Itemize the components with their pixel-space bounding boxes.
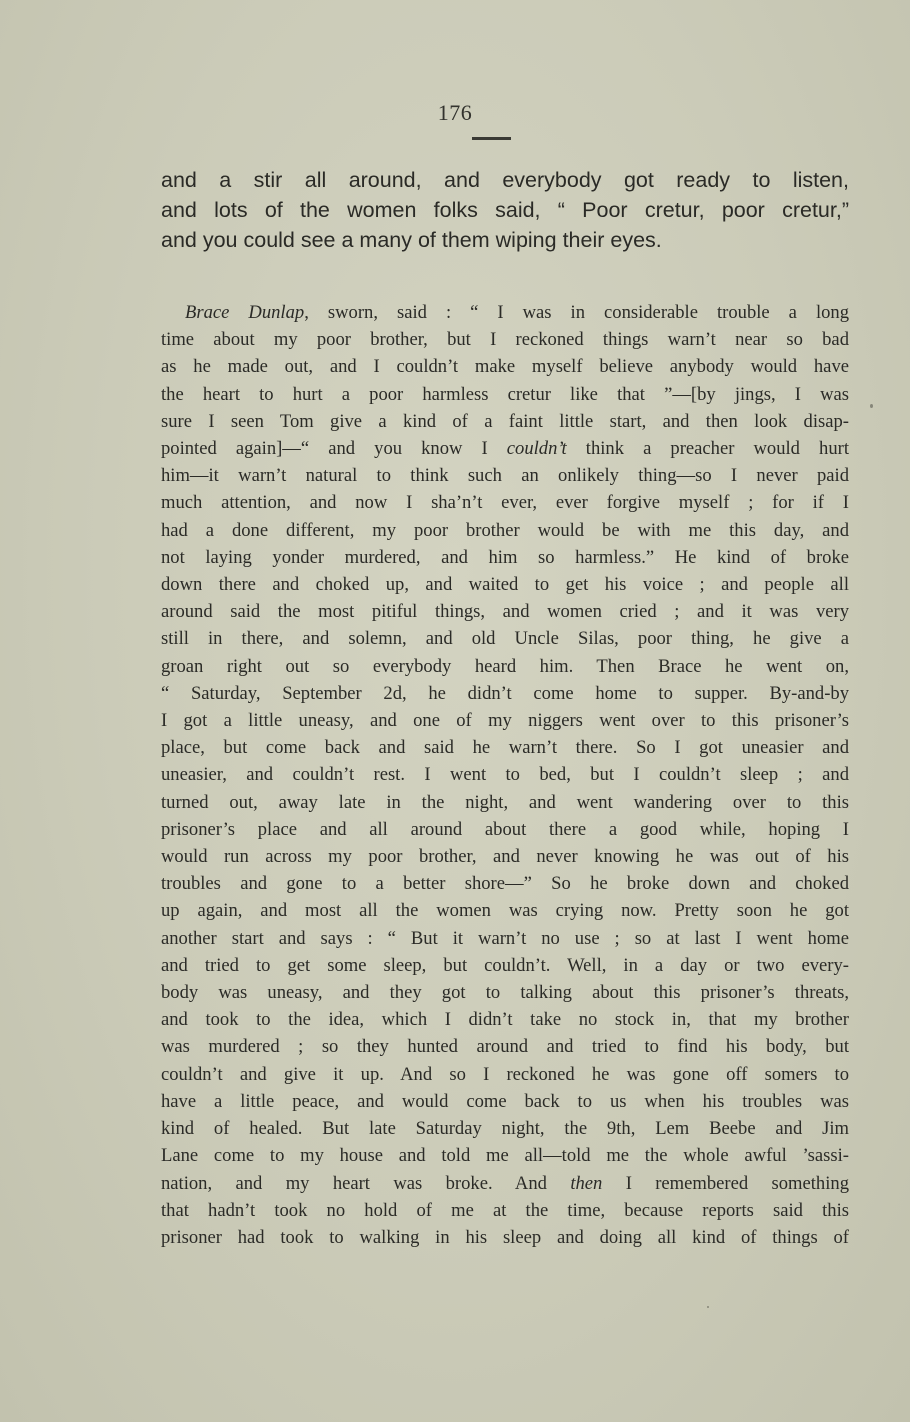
text-line: place, but come back and said he warn’t … [161, 734, 849, 761]
book-page: 176 and a stir all around, and everybody… [0, 0, 910, 1422]
text-line: sure I seen Tom give a kind of a faint l… [161, 408, 849, 435]
text-segment: nation, and my heart was broke. And [161, 1173, 570, 1194]
text-line: not laying yonder murdered, and him so h… [161, 544, 849, 571]
text-line: Lane come to my house and told me all—to… [161, 1142, 849, 1169]
text-line: groan right out so everybody heard him. … [161, 653, 849, 680]
text-line: would run across my poor brother, and ne… [161, 843, 849, 870]
text-line: nation, and my heart was broke. And then… [161, 1170, 849, 1197]
text-segment: I remembered something [602, 1173, 849, 1194]
text-line: time about my poor brother, but I reckon… [161, 326, 849, 353]
text-line: Brace Dunlap, sworn, said : “ I was in c… [161, 299, 849, 326]
text-line: much attention, and now I sha’n’t ever, … [161, 489, 849, 516]
text-line: have a little peace, and would come back… [161, 1088, 849, 1115]
text-line: still in there, and solemn, and old Uncl… [161, 625, 849, 652]
text-line: and a stir all around, and everybody got… [161, 165, 849, 195]
text-line: had a done different, my poor brother wo… [161, 517, 849, 544]
text-line: up again, and most all the women was cry… [161, 897, 849, 924]
text-line: uneasier, and couldn’t rest. I went to b… [161, 761, 849, 788]
speaker-name: Brace Dunlap [185, 302, 304, 323]
text-line: and tried to get some sleep, but couldn’… [161, 952, 849, 979]
scan-speck [707, 1306, 709, 1308]
emphasized-word: couldn’t [507, 438, 567, 459]
text-line: was murdered ; so they hunted around and… [161, 1033, 849, 1060]
emphasized-word: then [570, 1173, 602, 1194]
lead-paragraph: and a stir all around, and everybody got… [161, 165, 849, 255]
text-line: and took to the idea, which I didn’t tak… [161, 1006, 849, 1033]
text-segment: think a preacher would hurt [567, 438, 849, 459]
text-line: another start and says : “ But it warn’t… [161, 925, 849, 952]
text-line: prisoner had took to walking in his slee… [161, 1224, 849, 1251]
text-line: troubles and gone to a better shore—” So… [161, 870, 849, 897]
page-number: 176 [0, 100, 910, 126]
text-line: that hadn’t took no hold of me at the ti… [161, 1197, 849, 1224]
text-line: couldn’t and give it up. And so I reckon… [161, 1061, 849, 1088]
text-line: and lots of the women folks said, “ Poor… [161, 195, 849, 225]
speaker-suffix: , sworn, said : “ I was in considerable … [304, 302, 849, 323]
text-line: I got a little uneasy, and one of my nig… [161, 707, 849, 734]
text-line: prisoner’s place and all around about th… [161, 816, 849, 843]
text-line: pointed again]—“ and you know I couldn’t… [161, 435, 849, 462]
text-line: down there and choked up, and waited to … [161, 571, 849, 598]
text-line: as he made out, and I couldn’t make myse… [161, 353, 849, 380]
text-line: him—it warn’t natural to think such an o… [161, 462, 849, 489]
text-line: body was uneasy, and they got to talking… [161, 979, 849, 1006]
text-line: turned out, away late in the night, and … [161, 789, 849, 816]
text-line: “ Saturday, September 2d, he didn’t come… [161, 680, 849, 707]
text-line: around said the most pitiful things, and… [161, 598, 849, 625]
page-number-rule [472, 137, 511, 140]
text-line: the heart to hurt a poor harmless cretur… [161, 381, 849, 408]
text-line: kind of healed. But late Saturday night,… [161, 1115, 849, 1142]
testimony-paragraph: Brace Dunlap, sworn, said : “ I was in c… [161, 299, 849, 1251]
text-segment: pointed again]—“ and you know I [161, 438, 507, 459]
scan-speck [870, 404, 873, 408]
text-line: and you could see a many of them wiping … [161, 225, 849, 255]
